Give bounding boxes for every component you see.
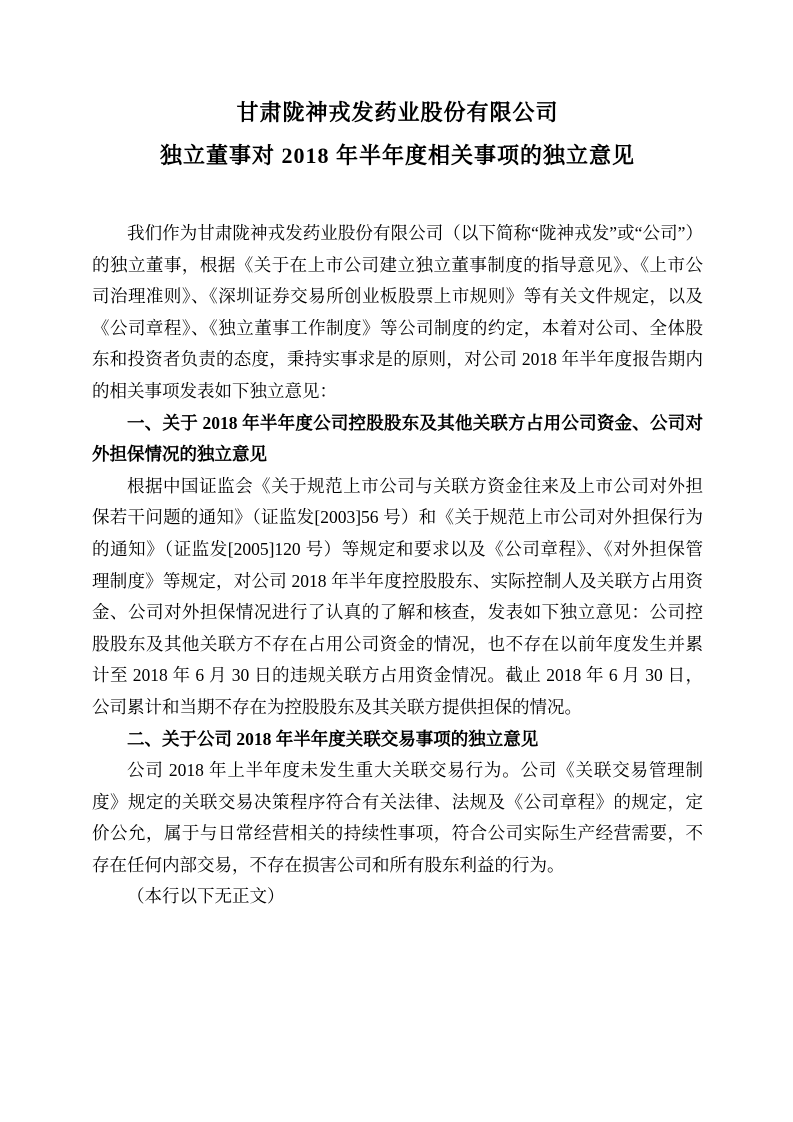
paragraph-section-2: 公司 2018 年上半年度未发生重大关联交易行为。公司《关联交易管理制度》规定的… xyxy=(92,755,703,881)
document-page: 甘肃陇神戎发药业股份有限公司 独立董事对 2018 年半年度相关事项的独立意见 … xyxy=(0,0,793,1122)
paragraph-section-1: 根据中国证监会《关于规范上市公司与关联方资金往来及上市公司对外担保若干问题的通知… xyxy=(92,471,703,724)
paragraph-intro: 我们作为甘肃陇神戎发药业股份有限公司（以下简称“陇神戎发”或“公司”）的独立董事… xyxy=(92,218,703,408)
section-heading-1: 一、关于 2018 年半年度公司控股股东及其他关联方占用公司资金、公司对外担保情… xyxy=(92,408,703,471)
document-body: 我们作为甘肃陇神戎发药业股份有限公司（以下简称“陇神戎发”或“公司”）的独立董事… xyxy=(92,218,703,913)
section-heading-2: 二、关于公司 2018 年半年度关联交易事项的独立意见 xyxy=(92,724,703,756)
document-content: 甘肃陇神戎发药业股份有限公司 独立董事对 2018 年半年度相关事项的独立意见 … xyxy=(0,0,793,913)
document-title: 甘肃陇神戎发药业股份有限公司 xyxy=(92,98,703,128)
document-subtitle: 独立董事对 2018 年半年度相关事项的独立意见 xyxy=(92,141,703,171)
closing-note: （本行以下无正文） xyxy=(92,881,703,913)
